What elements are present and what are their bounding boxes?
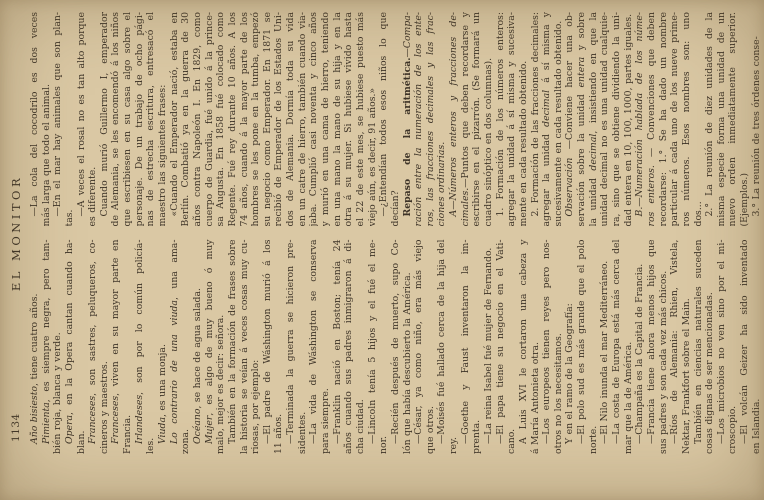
text-line: 2.° La reunión de diez unidades de la bbox=[704, 12, 716, 227]
text-line: recordarse: 1.° Se ha dado un nombre bbox=[658, 12, 670, 227]
text-line: su negocio como Emperador. En 1871 se bbox=[262, 12, 274, 227]
text-line: —A veces el rosal no es tan alto porque bbox=[76, 12, 88, 227]
text-line: —Lincoln tenía 5 hijos y el fué el me- bbox=[367, 240, 379, 455]
text-line: viejo aún, es decir, 91 años.» bbox=[367, 12, 379, 227]
text-line: —Ríos de Alemania: Rhien, Vistela, bbox=[669, 240, 681, 455]
text-line: tas. bbox=[64, 12, 76, 227]
text-line: —Recién después de muerto, supo Co- bbox=[390, 240, 402, 455]
text-line: También en ciencias naturales suceden bbox=[693, 240, 705, 455]
text-line: y murió en una cama de hierro, teniendo bbox=[320, 12, 332, 227]
text-line: —El papa tiene su negocio en el Vati- bbox=[495, 240, 507, 455]
scanned-page-screenshot: 1134 EL MONITOR Año bisiesto, tiene cuat… bbox=[0, 0, 764, 500]
text-line: ciones ordinarias. bbox=[436, 12, 448, 227]
text-line: sus padres y son cada vez más chicos. bbox=[658, 240, 670, 455]
text-line: de Alemania, se les encomendó á los niño… bbox=[110, 12, 122, 227]
text-line: jaba. Cumplió casi noventa y cinco años bbox=[308, 12, 320, 227]
text-line: A Luis XVI le cortaron una cabeza y bbox=[518, 240, 530, 455]
text-line: sa Augusta. En 1858 fué colocado como bbox=[215, 12, 227, 227]
text-line: —Francia tiene ahora menos hijos que bbox=[646, 240, 658, 455]
text-line: Regente. Fué rey durante 10 años. A los bbox=[227, 12, 239, 227]
text-line: ros, las fracciones decimales y las frac… bbox=[425, 12, 437, 227]
text-line: Opera, en la Opera cantan cuando ha- bbox=[64, 240, 76, 455]
text-line: nuevo orden inmediatamente superior. bbox=[727, 12, 739, 227]
text-line: es diferente. bbox=[87, 12, 99, 227]
text-line: en un catre de hierro, también cuando vi… bbox=[297, 12, 309, 227]
text-line: norte. bbox=[588, 240, 600, 455]
text-line: —Los microbios no ven sino por el mi- bbox=[716, 240, 728, 455]
text-line: les. bbox=[145, 240, 157, 455]
text-line: cineros y maestros. bbox=[99, 240, 111, 455]
text-line: rey. bbox=[448, 240, 460, 455]
text-line: —Terminada la guerra se hicieron pre- bbox=[285, 240, 297, 455]
text-line: nor. bbox=[378, 240, 390, 455]
text-line: cuadro sinóptico en dos columnas). bbox=[483, 12, 495, 227]
text-line: Repaso de la aritmética.—Compa- bbox=[402, 12, 414, 227]
text-line: —Goethe y Faust inventaron la im- bbox=[460, 240, 472, 455]
text-line: prenta. bbox=[471, 240, 483, 455]
text-line: 3.° La reunión de tres órdenes conse- bbox=[751, 12, 763, 227]
text-line: 1. Formación de los números enteros: bbox=[495, 12, 507, 227]
text-line: la historia se veían á veces cosas muy c… bbox=[239, 240, 251, 455]
text-line: lón que había descubierto la América. bbox=[402, 240, 414, 455]
text-line: cano. bbox=[506, 240, 518, 455]
text-line: dad entera en 10, 100, 1000, partes igua… bbox=[623, 12, 635, 227]
text-line: 2. Formación de las fracciones decimales… bbox=[530, 12, 542, 227]
text-line: mente en cada resultado obtenido. bbox=[518, 12, 530, 227]
text-line: á María Antonieta otra. bbox=[530, 240, 542, 455]
text-line: «Cuando el Emperador nació, estaba en bbox=[169, 12, 181, 227]
text-line: Océano, se hace de agua salada. bbox=[192, 240, 204, 455]
text-columns: Año bisiesto, tiene cuatro años.Pimienta… bbox=[29, 12, 762, 454]
text-line: También en la formación de frases sobre bbox=[227, 240, 239, 455]
text-line: el 22 de este mes, se hubiese puesto más bbox=[355, 12, 367, 227]
text-line: croscopio. bbox=[727, 240, 739, 455]
text-line: dos de Alemania. Dormía toda su vida bbox=[285, 12, 297, 227]
text-line: personaje. De un trabajo de ocho pági- bbox=[134, 12, 146, 227]
text-line: Pimienta, es siempre negra, pero tam- bbox=[41, 240, 53, 455]
text-line: cimales.—Puntos que deben recordarse y bbox=[460, 12, 472, 227]
text-line: riosas, por ejemplo: bbox=[250, 240, 262, 455]
text-line: que escribiesen en su casa algo sobre el bbox=[122, 12, 134, 227]
text-line: años contra Napoleón I. En 1829, como bbox=[192, 12, 204, 227]
text-line: B.—Numeración hablada de los núme- bbox=[634, 12, 646, 227]
text-line: dos... bbox=[693, 12, 705, 227]
text-line: ros enteros. — Convenciones que deben bbox=[646, 12, 658, 227]
page-header: 1134 EL MONITOR bbox=[7, 12, 24, 454]
text-line: —Moisés fué hallado cerca de la hija del bbox=[436, 240, 448, 455]
text-line: Y en el ramo de la Geografía: bbox=[564, 240, 576, 455]
text-line: —Champaña es la Capital de Francia. bbox=[634, 240, 646, 455]
text-line: mar que la de América. bbox=[623, 240, 635, 455]
text-line: años cuando sus padres inmigraron á di- bbox=[343, 240, 355, 455]
text-line: 74 años, cuando á la mayor parte de los bbox=[239, 12, 251, 227]
text-line: cuerpo de Guardia, fué unido á la prince… bbox=[204, 12, 216, 227]
text-line: que otros. bbox=[425, 240, 437, 455]
text-line: (Ejemplos.) bbox=[739, 12, 751, 227]
text-line: para siempre. bbox=[320, 240, 332, 455]
text-line: sidentes. bbox=[297, 240, 309, 455]
text-line: —El volcán Geizer ha sido inventado bbox=[739, 240, 751, 455]
left-column: Año bisiesto, tiene cuatro años.Pimienta… bbox=[29, 240, 762, 455]
text-line: —¿Entendían todos esos niños lo que bbox=[378, 12, 390, 227]
text-line: otra á su mujer. Si hubiese vivido hasta bbox=[343, 12, 355, 227]
journal-title: EL MONITOR bbox=[9, 12, 23, 454]
text-line: nas de estrecha escritura, entresacó el bbox=[145, 12, 157, 227]
text-line: —La reina Isabel fué mujer de Fernando. bbox=[483, 240, 495, 455]
text-line: —La costa de Europa está más cerca del bbox=[611, 240, 623, 455]
text-line: Mujer, es algo de muy bueno ó muy bbox=[204, 240, 216, 455]
text-line: en una mano la mano de su hija y en la bbox=[332, 12, 344, 227]
text-line: en Islandia. bbox=[751, 240, 763, 455]
text-line: —En el mar hay animales que son plan- bbox=[52, 12, 64, 227]
text-line: bién roja, blanca y verde. bbox=[52, 240, 64, 455]
text-line: más larga que todo el animal. bbox=[41, 12, 53, 227]
text-line: Cuando murió Guillermo I, emperador bbox=[99, 12, 111, 227]
text-line: recibió de Emperador de los Estados Uni- bbox=[273, 12, 285, 227]
text-line: Lo contrario de una viuda, una ama- bbox=[169, 240, 181, 455]
text-line: agregar la unidad á sí misma y sucesiva- bbox=[506, 12, 518, 227]
text-line: —César, ya como niño, era más viejo bbox=[413, 240, 425, 455]
book-page: 1134 EL MONITOR Año bisiesto, tiene cuat… bbox=[0, 0, 764, 500]
text-line: A—Números enteros y fracciones de- bbox=[448, 12, 460, 227]
text-line: 11 años. bbox=[273, 240, 285, 455]
text-line: misma especie forma una unidad de un bbox=[716, 12, 728, 227]
text-line: maestro las siguientes frases: bbox=[157, 12, 169, 227]
text-line: cha ciudad. bbox=[355, 240, 367, 455]
text-line: —Los europeos tienen reyes pero nos- bbox=[541, 240, 553, 455]
text-line: ración entre la numeración de los ente- bbox=[413, 12, 425, 227]
text-line: zona. bbox=[180, 240, 192, 455]
text-line: Francia. bbox=[122, 240, 134, 455]
text-line: —La cola del cocodrilo es dos veces bbox=[29, 12, 41, 227]
text-line: Berlín. Combatió ya en la guerra de 30 bbox=[180, 12, 192, 227]
text-line: —El Nilo inunda el mar Mediterráneo. bbox=[599, 240, 611, 455]
text-line: Franceses, viven en su mayor parte en bbox=[110, 240, 122, 455]
text-line: otros no los necesitamos. bbox=[553, 240, 565, 455]
right-column: —La cola del cocodrilo es dos vecesmás l… bbox=[29, 12, 762, 227]
text-line: blan. bbox=[76, 240, 88, 455]
text-line: Año bisiesto, tiene cuatro años. bbox=[29, 240, 41, 455]
text-line: —Franklin nació en Boston; tenía 24 bbox=[332, 240, 344, 455]
text-line: —La vida de Wáshington se conserva bbox=[308, 240, 320, 455]
text-line: Viuda, es una monja. bbox=[157, 240, 169, 455]
text-line: agregar la unidad decimal á sí misma y bbox=[541, 12, 553, 227]
text-line: ros números. Esos nombres son: uno bbox=[681, 12, 693, 227]
text-line: ra, sino que se obtiene dividiendo la un… bbox=[611, 12, 623, 227]
text-line: —El padre de Wáshington murió á los bbox=[262, 240, 274, 455]
text-line: malo, mejor es decir: señora. bbox=[215, 240, 227, 455]
text-line: Nektar, Frankfort sobre el Main. bbox=[681, 240, 693, 455]
text-line: particular á cada uno de los nueve prime… bbox=[669, 12, 681, 227]
text-line: hombres se les pone en la tumba, empezó bbox=[250, 12, 262, 227]
text-line: Franceses, son sastres, peluqueros, co- bbox=[87, 240, 99, 455]
text-line: cosas dignas de ser mencionadas. bbox=[704, 240, 716, 455]
text-line: unidad decimal no es una unidad cualquie… bbox=[599, 12, 611, 227]
text-line: sucesivamente en cada resultado obtenido… bbox=[553, 12, 565, 227]
text-line: servación sobre la unidad entera y sobre bbox=[576, 12, 588, 227]
text-line: Irlandeses, son por lo común policía- bbox=[134, 240, 146, 455]
text-line: Observación —Conviene hacer una ob- bbox=[564, 12, 576, 227]
text-line: escribirse en el pizarrón. (Se formará u… bbox=[471, 12, 483, 227]
text-line: decían? bbox=[390, 12, 402, 227]
text-line: la unidad decimal, insistiendo en que la bbox=[588, 12, 600, 227]
text-line: —El polo sud es más grande que el polo bbox=[576, 240, 588, 455]
